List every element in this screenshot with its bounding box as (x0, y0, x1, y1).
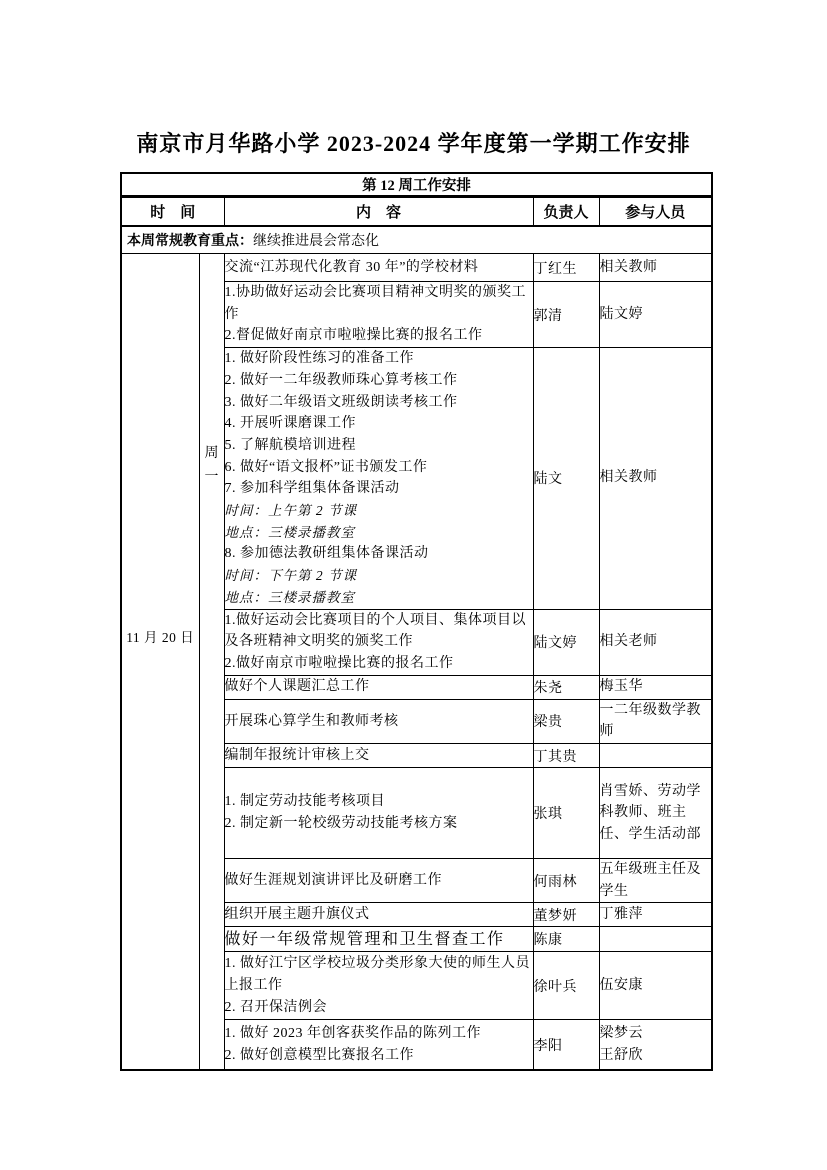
participants-cell: 五年级班主任及学生 (599, 859, 712, 903)
task-content: 编制年报统计审核上交 (224, 744, 533, 768)
task-content: 1. 制定劳动技能考核项目 2. 制定新一轮校级劳动技能考核方案 (224, 768, 533, 859)
week-title-row: 第 12 周工作安排 (121, 173, 712, 197)
task-line: 7. 参加科学组集体备课活动 (225, 478, 533, 500)
task-line: 2. 制定新一轮校级劳动技能考核方案 (225, 813, 533, 835)
task-line: 8. 参加德法教研组集体备课活动 (225, 543, 533, 565)
leader-cell: 梁贵 (533, 699, 599, 743)
participants-cell: 伍安康 (599, 952, 712, 1020)
leader-cell: 徐叶兵 (533, 952, 599, 1020)
header-leader: 负责人 (533, 197, 599, 227)
task-content: 1.协助做好运动会比赛项目精神文明奖的颁奖工作 2.督促做好南京市啦啦操比赛的报… (224, 282, 533, 348)
participants-cell: 一二年级数学教师 (599, 699, 712, 743)
participants-cell: 丁雅萍 (599, 903, 712, 927)
task-line: 开展珠心算学生和教师考核 (225, 711, 533, 733)
task-line: 做好一年级常规管理和卫生督查工作 (225, 929, 533, 951)
task-line: 1. 做好江宁区学校垃圾分类形象大使的师生人员上报工作 (225, 953, 533, 996)
participants-cell: 陆文婷 (599, 282, 712, 348)
participants-cell: 梁梦云 王舒欣 (599, 1020, 712, 1070)
task-line: 1.做好运动会比赛项目的个人项目、集体项目以及各班精神文明奖的颁奖工作 (225, 610, 533, 653)
task-line: 3. 做好二年级语文班级朗读考核工作 (225, 392, 533, 414)
work-schedule-table: 第 12 周工作安排 时 间 内 容 负责人 参与人员 本周常规教育重点：继续推… (120, 172, 713, 1071)
date-label: 11 月 20 日 (122, 626, 199, 646)
weekday-label: 周一 (200, 442, 224, 490)
task-line: 1.协助做好运动会比赛项目精神文明奖的颁奖工作 (225, 282, 533, 325)
table-row: 11 月 20 日 周一 交流“江苏现代化教育 30 年”的学校材料 丁红生 相… (121, 254, 712, 282)
task-line: 1. 做好 2023 年创客获奖作品的陈列工作 (225, 1023, 533, 1045)
task-line: 2.做好南京市啦啦操比赛的报名工作 (225, 653, 533, 675)
participants-cell: 相关老师 (599, 609, 712, 675)
task-content: 做好生涯规划演讲评比及研磨工作 (224, 859, 533, 903)
leader-cell: 李阳 (533, 1020, 599, 1070)
task-content: 1. 做好 2023 年创客获奖作品的陈列工作 2. 做好创意模型比赛报名工作 (224, 1020, 533, 1070)
participants-cell: 梅玉华 (599, 675, 712, 699)
leader-cell: 陈康 (533, 927, 599, 952)
leader-cell: 张琪 (533, 768, 599, 859)
leader-cell: 何雨林 (533, 859, 599, 903)
leader-cell: 陆文婷 (533, 609, 599, 675)
task-line: 交流“江苏现代化教育 30 年”的学校材料 (225, 257, 533, 279)
task-line: 2.督促做好南京市啦啦操比赛的报名工作 (225, 325, 533, 347)
header-time: 时 间 (121, 197, 224, 227)
leader-cell: 丁红生 (533, 254, 599, 282)
leader-cell: 郭清 (533, 282, 599, 348)
task-line: 1. 做好阶段性练习的准备工作 (225, 348, 533, 370)
weekly-focus-value: 继续推进晨会常态化 (253, 234, 379, 249)
weekly-focus-row: 本周常规教育重点：继续推进晨会常态化 (121, 226, 712, 254)
task-line: 1. 制定劳动技能考核项目 (225, 791, 533, 813)
task-line: 地点：三楼录播教室 (225, 587, 533, 609)
task-line: 2. 做好创意模型比赛报名工作 (225, 1045, 533, 1067)
task-line: 时间：下午第 2 节课 (225, 565, 533, 587)
task-line: 2. 召开保洁例会 (225, 997, 533, 1019)
task-line: 5. 了解航模培训进程 (225, 435, 533, 457)
leader-cell: 董梦妍 (533, 903, 599, 927)
leader-cell: 陆文 (533, 348, 599, 609)
task-line: 地点：三楼录播教室 (225, 522, 533, 544)
task-line: 4. 开展听课磨课工作 (225, 413, 533, 435)
weekday-cell: 周一 (199, 254, 224, 1070)
task-content: 1. 做好阶段性练习的准备工作 2. 做好一二年级教师珠心算考核工作 3. 做好… (224, 348, 533, 609)
participants-cell (599, 744, 712, 768)
header-content: 内 容 (224, 197, 533, 227)
participants-cell (599, 927, 712, 952)
column-header-row: 时 间 内 容 负责人 参与人员 (121, 197, 712, 227)
date-cell: 11 月 20 日 (121, 254, 199, 1070)
task-line: 组织开展主题升旗仪式 (225, 904, 533, 926)
task-content: 1. 做好江宁区学校垃圾分类形象大使的师生人员上报工作 2. 召开保洁例会 (224, 952, 533, 1020)
leader-cell: 丁其贵 (533, 744, 599, 768)
task-line: 时间：上午第 2 节课 (225, 500, 533, 522)
participants-cell: 相关教师 (599, 348, 712, 609)
task-line: 做好个人课题汇总工作 (225, 676, 533, 698)
task-content: 交流“江苏现代化教育 30 年”的学校材料 (224, 254, 533, 282)
task-content: 做好个人课题汇总工作 (224, 675, 533, 699)
weekly-focus-label: 本周常规教育重点： (127, 234, 253, 249)
task-content: 做好一年级常规管理和卫生督查工作 (224, 927, 533, 952)
task-line: 编制年报统计审核上交 (225, 745, 533, 767)
leader-cell: 朱尧 (533, 675, 599, 699)
task-line: 做好生涯规划演讲评比及研磨工作 (225, 870, 533, 892)
page-title: 南京市月华路小学 2023-2024 学年度第一学期工作安排 (0, 127, 827, 158)
task-content: 1.做好运动会比赛项目的个人项目、集体项目以及各班精神文明奖的颁奖工作 2.做好… (224, 609, 533, 675)
task-line: 2. 做好一二年级教师珠心算考核工作 (225, 370, 533, 392)
participants-cell: 相关教师 (599, 254, 712, 282)
task-content: 组织开展主题升旗仪式 (224, 903, 533, 927)
week-title: 第 12 周工作安排 (121, 173, 712, 197)
task-content: 开展珠心算学生和教师考核 (224, 699, 533, 743)
header-participants: 参与人员 (599, 197, 712, 227)
participants-cell: 肖雪娇、劳动学科教师、班主任、学生活动部 (599, 768, 712, 859)
task-line: 6. 做好“语文报杯”证书颁发工作 (225, 457, 533, 479)
